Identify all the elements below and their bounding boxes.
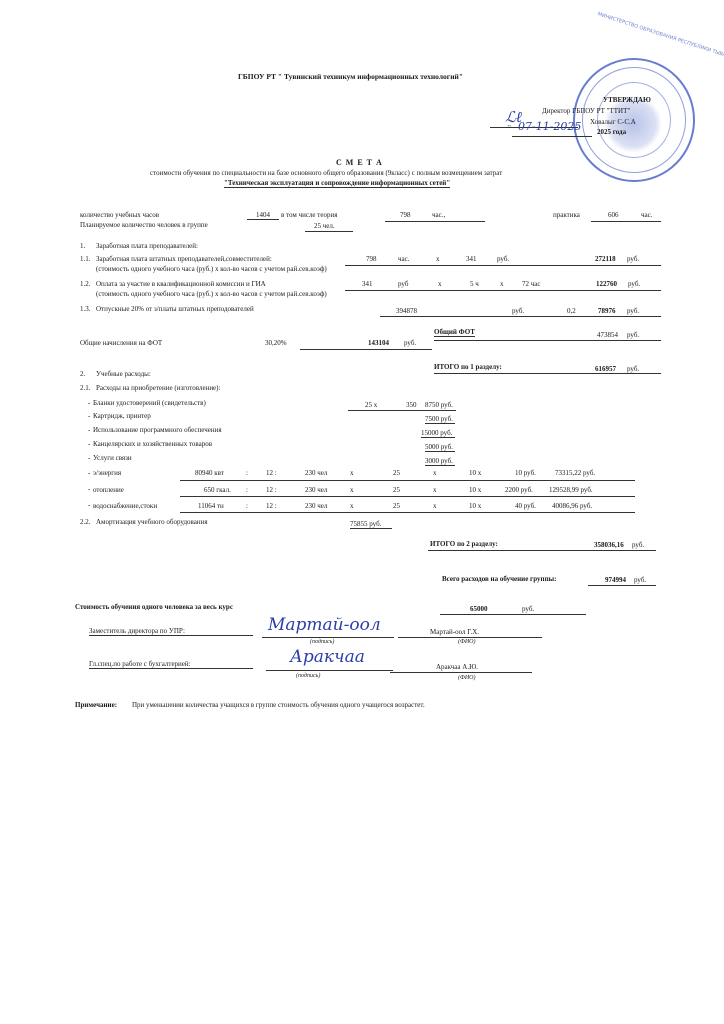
name-caption: (ФИО) bbox=[458, 639, 476, 645]
item-1-3-line bbox=[380, 316, 661, 317]
item-1-1-note: (стоимость одного учебного часа (руб.) х… bbox=[96, 265, 327, 273]
utility-item-factor: 10 х bbox=[469, 469, 481, 477]
utility-item-total: 129528,99 руб. bbox=[549, 486, 593, 494]
signer-position: Гл.спец.по работе с бухгалтерией: bbox=[89, 660, 253, 669]
utility-item-amount: 11064 тн bbox=[198, 502, 224, 510]
purchase-item-label: Использование программного обеспечения bbox=[93, 426, 222, 434]
approval-year: 2025 года bbox=[597, 128, 626, 136]
grand-total-unit: руб. bbox=[634, 576, 646, 584]
fot-total: 473854 bbox=[597, 331, 618, 339]
utility-item-people: 230 чел bbox=[305, 469, 327, 477]
item-1-3-total-unit: руб. bbox=[627, 307, 639, 315]
item-1-2-extra: 72 час bbox=[522, 280, 540, 288]
utility-item-group: 25 bbox=[393, 486, 400, 494]
note-text: При уменьшении количества учащихся в гру… bbox=[132, 701, 425, 709]
per-person-unit: руб. bbox=[522, 605, 534, 613]
utility-item-label: отопление bbox=[93, 486, 124, 494]
item-1-3-label: Отпускные 20% от з/платы штатных преподо… bbox=[96, 305, 254, 313]
purchase-item-label: Бланки удостоверений (свидетельств) bbox=[93, 399, 206, 407]
section2-2-title: Амортизация учебного оборудования bbox=[96, 518, 208, 526]
section2-total-label: ИТОГО по 2 разделу: bbox=[430, 540, 498, 548]
item-1-2-hours: 5 ч bbox=[470, 280, 479, 288]
item-1-1-multiply: х bbox=[436, 255, 440, 263]
purchase-item-qty: 25 х bbox=[365, 401, 377, 409]
utility-item-multiply: х bbox=[350, 469, 354, 477]
item-1-1-label: Заработная плата штатных преподавателей,… bbox=[96, 255, 272, 263]
list-item-bullet: - bbox=[88, 399, 90, 407]
utility-item-divider: : bbox=[246, 486, 248, 494]
signature-line bbox=[266, 670, 393, 671]
grand-total-value: 974994 bbox=[605, 576, 626, 584]
note-label: Примечание: bbox=[75, 701, 117, 709]
utility-item-total: 73315,22 руб. bbox=[555, 469, 595, 477]
group-size-line bbox=[305, 231, 353, 232]
practice-line bbox=[591, 221, 661, 222]
document-subtitle: стоимости обучения по специальности на б… bbox=[150, 169, 502, 177]
utility-item-amount: 650 гкал. bbox=[204, 486, 231, 494]
section1-total-label: ИТОГО по 1 разделу: bbox=[434, 363, 502, 371]
item-1-2-total-unit: руб. bbox=[628, 280, 640, 288]
item-1-3-number: 1.3. bbox=[80, 305, 91, 313]
item-1-3-base-unit: руб. bbox=[512, 307, 524, 315]
document-title: С М Е Т А bbox=[336, 158, 383, 167]
section2-total: 358036,16 bbox=[594, 541, 624, 549]
item-1-2-multiply-2: х bbox=[500, 280, 504, 288]
signer-position: Заместитель директора по УПР: bbox=[89, 627, 253, 636]
section1-number: 1. bbox=[80, 242, 85, 250]
item-1-1-hours: 798 bbox=[366, 255, 377, 263]
utility-item-months: 12 : bbox=[266, 502, 277, 510]
purchase-item-label: Услуги связи bbox=[93, 454, 132, 462]
charges-percent: 30,20% bbox=[265, 339, 287, 347]
section2-1-number: 2.1. bbox=[80, 384, 91, 392]
utility-item-months: 12 : bbox=[266, 486, 277, 494]
utility-item-price: 10 руб. bbox=[515, 469, 536, 477]
utility-item-line bbox=[180, 512, 635, 513]
utility-item-line bbox=[180, 480, 635, 481]
list-item-bullet: - bbox=[88, 426, 90, 434]
charges-label: Общие начисления на ФОТ bbox=[80, 339, 162, 347]
charges-unit: руб. bbox=[404, 339, 416, 347]
purchase-item-total: 8750 руб. bbox=[425, 401, 453, 409]
utility-item-multiply: х bbox=[350, 486, 354, 494]
utility-item-amount: 80940 квт bbox=[195, 469, 224, 477]
practice-label: практика bbox=[553, 211, 580, 219]
name-line bbox=[390, 672, 532, 673]
utility-item-label: водоснабжение,стоки bbox=[93, 502, 157, 510]
list-item-bullet: - bbox=[88, 469, 90, 477]
approval-date-quote: " bbox=[508, 124, 511, 132]
approval-date-handwritten: 07-11-2025 bbox=[518, 120, 581, 133]
per-person-label: Стоимость обучения одного человека за ве… bbox=[75, 603, 233, 611]
list-item-bullet: - bbox=[88, 501, 90, 509]
fot-label: Общий ФОТ bbox=[434, 328, 475, 337]
specialty-name: "Техническая эксплуатация и сопровождени… bbox=[224, 179, 450, 188]
item-1-1-line bbox=[345, 265, 661, 266]
list-item-bullet: - bbox=[88, 412, 90, 420]
list-item-bullet: - bbox=[88, 454, 90, 462]
item-1-1-total: 272118 bbox=[595, 255, 616, 263]
purchase-item-line bbox=[348, 410, 456, 411]
item-1-3-coef: 0,2 bbox=[567, 307, 576, 315]
signature-caption: (подпись) bbox=[296, 673, 320, 679]
section2-1-title: Расходы на приобретение (изготовление): bbox=[96, 384, 220, 392]
charges-value: 143104 bbox=[368, 339, 389, 347]
utility-item-people: 230 чел bbox=[305, 486, 327, 494]
item-1-2-total: 122760 bbox=[596, 280, 617, 288]
grand-total-line bbox=[588, 585, 656, 586]
purchase-item-total: 15000 руб. bbox=[421, 429, 455, 438]
practice-value: 606 bbox=[608, 211, 619, 219]
approval-date-line bbox=[512, 136, 592, 137]
handwritten-signature: Мартай-оол bbox=[268, 615, 381, 635]
total-hours-value: 1404 bbox=[247, 211, 279, 220]
total-hours-label: количество учебных часов bbox=[80, 211, 159, 219]
utility-item-multiply: х bbox=[433, 502, 437, 510]
utility-item-divider: : bbox=[246, 469, 248, 477]
utility-item-factor: 10 х bbox=[469, 502, 481, 510]
section2-total-line bbox=[428, 550, 656, 551]
item-1-1-hours-unit: час. bbox=[398, 255, 409, 263]
item-1-2-note: (стоимость одного учебного часа (руб.) х… bbox=[96, 290, 327, 298]
item-1-3-total: 78976 bbox=[598, 307, 616, 315]
utility-item-line bbox=[180, 496, 635, 497]
list-item-bullet: - bbox=[88, 440, 90, 448]
purchase-item-label: Картридж, принтер bbox=[93, 412, 151, 420]
practice-unit: час. bbox=[641, 211, 652, 219]
utility-item-label: э/энергия bbox=[93, 469, 121, 477]
approval-title: УТВЕРЖДАЮ bbox=[603, 96, 651, 104]
theory-value: 798 bbox=[400, 211, 411, 219]
item-1-1-rate: 341 bbox=[466, 255, 477, 263]
purchase-item-total: 3000 руб. bbox=[425, 457, 455, 466]
utility-item-price: 40 руб. bbox=[515, 502, 536, 510]
fot-line bbox=[434, 340, 661, 341]
purchase-item-total: 5000 руб. bbox=[425, 443, 455, 452]
utility-item-divider: : bbox=[246, 502, 248, 510]
item-1-2-multiply-1: х bbox=[438, 280, 442, 288]
signature-caption: (подпись) bbox=[310, 639, 334, 645]
signature-line bbox=[262, 637, 394, 638]
per-person-value: 65000 bbox=[470, 605, 488, 613]
organization-name: ГБПОУ РТ " Тувинский техникум информацио… bbox=[238, 72, 463, 81]
section1-total-line bbox=[434, 373, 661, 374]
section2-2-number: 2.2. bbox=[80, 518, 91, 526]
utility-item-people: 230 чел bbox=[305, 502, 327, 510]
theory-unit: час., bbox=[432, 211, 445, 219]
item-1-2-number: 1.2. bbox=[80, 280, 91, 288]
purchase-item-label: Канцелярских и хозяйственных товаров bbox=[93, 440, 212, 448]
utility-item-multiply: х bbox=[433, 486, 437, 494]
section2-2-total: 75855 руб. bbox=[350, 520, 392, 529]
section2-title: Учебные расходы: bbox=[96, 370, 151, 378]
section1-total: 616957 bbox=[595, 365, 616, 373]
item-1-1-total-unit: руб. bbox=[627, 255, 639, 263]
section2-number: 2. bbox=[80, 370, 85, 378]
item-1-1-rate-unit: руб. bbox=[497, 255, 509, 263]
theory-label: в том числе теория bbox=[281, 211, 337, 219]
per-person-line bbox=[440, 614, 586, 615]
name-line bbox=[398, 637, 542, 638]
handwritten-signature: Аракчаа bbox=[290, 647, 365, 667]
purchase-item-total: 7500 руб. bbox=[425, 415, 455, 424]
item-1-2-rate: 341 bbox=[362, 280, 373, 288]
group-size-label: Планируемое количество человек в группе bbox=[80, 221, 208, 229]
utility-item-months: 12 : bbox=[266, 469, 277, 477]
group-size-value: 25 чел. bbox=[314, 222, 335, 230]
section1-title: Заработная плата преподавателей: bbox=[96, 242, 198, 250]
theory-line bbox=[385, 221, 485, 222]
utility-item-price: 2200 руб. bbox=[505, 486, 533, 494]
utility-item-group: 25 bbox=[393, 502, 400, 510]
section2-total-unit: руб. bbox=[632, 541, 644, 549]
item-1-2-line bbox=[345, 290, 661, 291]
section1-total-unit: руб. bbox=[627, 365, 639, 373]
grand-total-label: Всего расходов на обучение группы: bbox=[442, 575, 556, 583]
fot-unit: руб. bbox=[627, 331, 639, 339]
utility-item-total: 40086,96 руб. bbox=[552, 502, 592, 510]
utility-item-factor: 10 х bbox=[469, 486, 481, 494]
utility-item-group: 25 bbox=[393, 469, 400, 477]
approval-name: Ховалыг С-С.А bbox=[590, 118, 636, 126]
utility-item-multiply: х bbox=[350, 502, 354, 510]
signer-name: Аракчаа А.Ю. bbox=[436, 663, 478, 671]
item-1-2-rate-unit: руб bbox=[398, 280, 408, 288]
name-caption: (ФИО) bbox=[458, 675, 476, 681]
charges-line bbox=[300, 349, 432, 350]
item-1-3-base: 394878 bbox=[396, 307, 417, 315]
item-1-1-number: 1.1. bbox=[80, 255, 91, 263]
utility-item-multiply: х bbox=[433, 469, 437, 477]
list-item-bullet: - bbox=[88, 485, 90, 493]
approval-position: Директор ГБПОУ РТ "ТТИТ" bbox=[542, 107, 630, 115]
purchase-item-price: 350 bbox=[406, 401, 417, 409]
signer-name: Мартай-оол Г.Х. bbox=[430, 628, 479, 636]
item-1-2-label: Оплата за участие в квалификационной ком… bbox=[96, 280, 266, 288]
